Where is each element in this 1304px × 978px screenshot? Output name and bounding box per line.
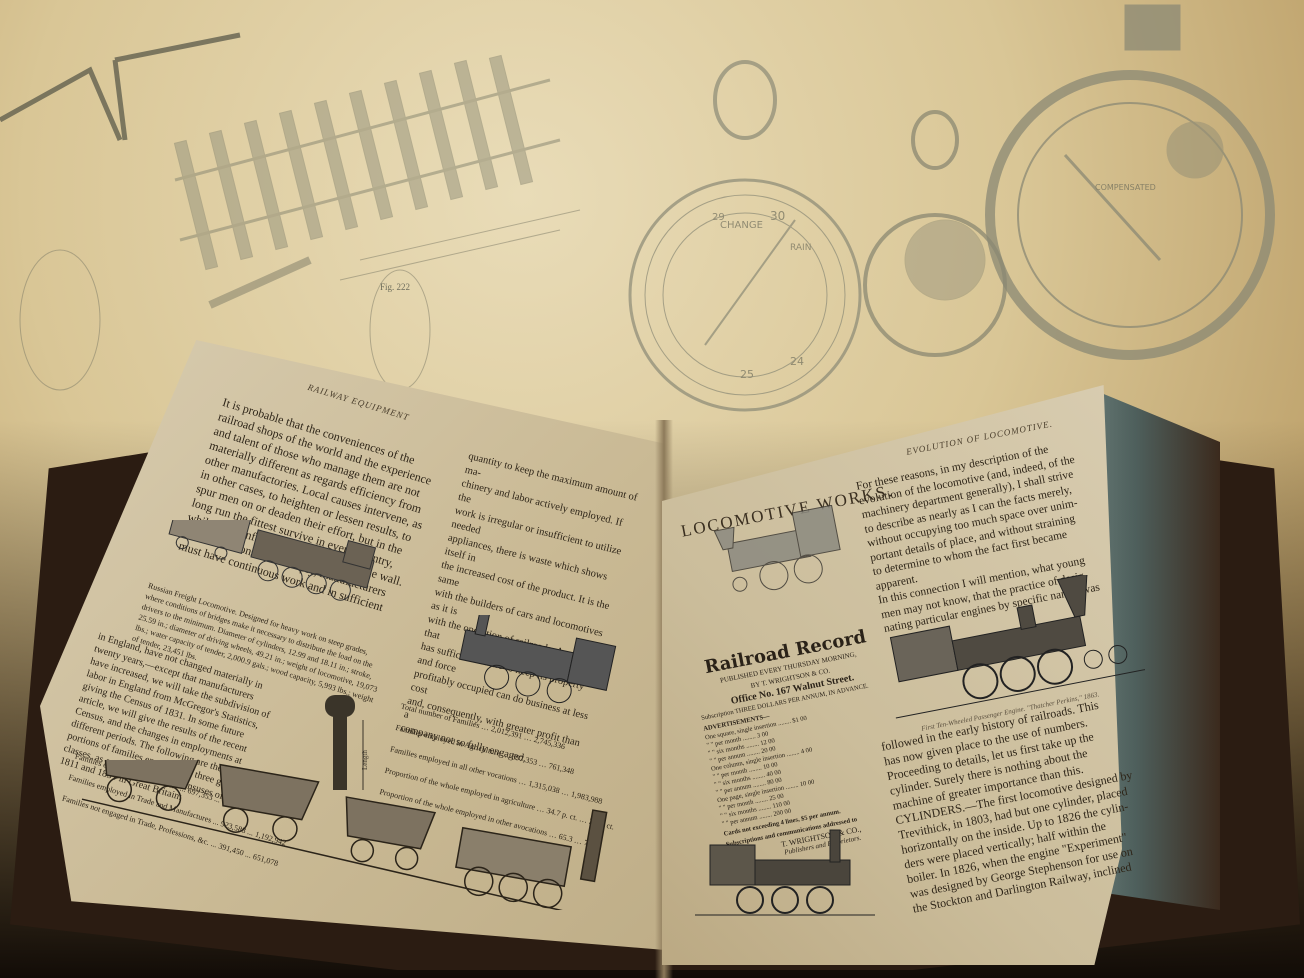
rail-track-sketch xyxy=(174,55,560,269)
pocket-watch-center xyxy=(865,112,1005,355)
svg-text:COMPENSATED: COMPENSATED xyxy=(1095,183,1156,192)
tank-engine-bottom-illustration xyxy=(690,815,880,925)
pocket-watch-right: COMPENSATED xyxy=(990,5,1270,355)
svg-text:24: 24 xyxy=(790,355,804,368)
svg-text:29: 29 xyxy=(712,212,725,223)
svg-text:25: 25 xyxy=(740,368,754,381)
coal-wagon-train-illustration xyxy=(80,760,640,910)
pliers-sketch xyxy=(0,35,240,140)
sketch-caption: Fig. 222 xyxy=(380,282,410,292)
tank-locomotive-illustration xyxy=(440,615,630,715)
svg-text:CHANGE: CHANGE xyxy=(720,220,763,231)
locomotive-works-engine-illustration xyxy=(690,505,860,605)
svg-text:30: 30 xyxy=(770,209,785,223)
svg-text:RAIN: RAIN xyxy=(790,243,811,253)
barometer: CHANGE 30 29 RAIN 25 24 xyxy=(630,62,860,410)
